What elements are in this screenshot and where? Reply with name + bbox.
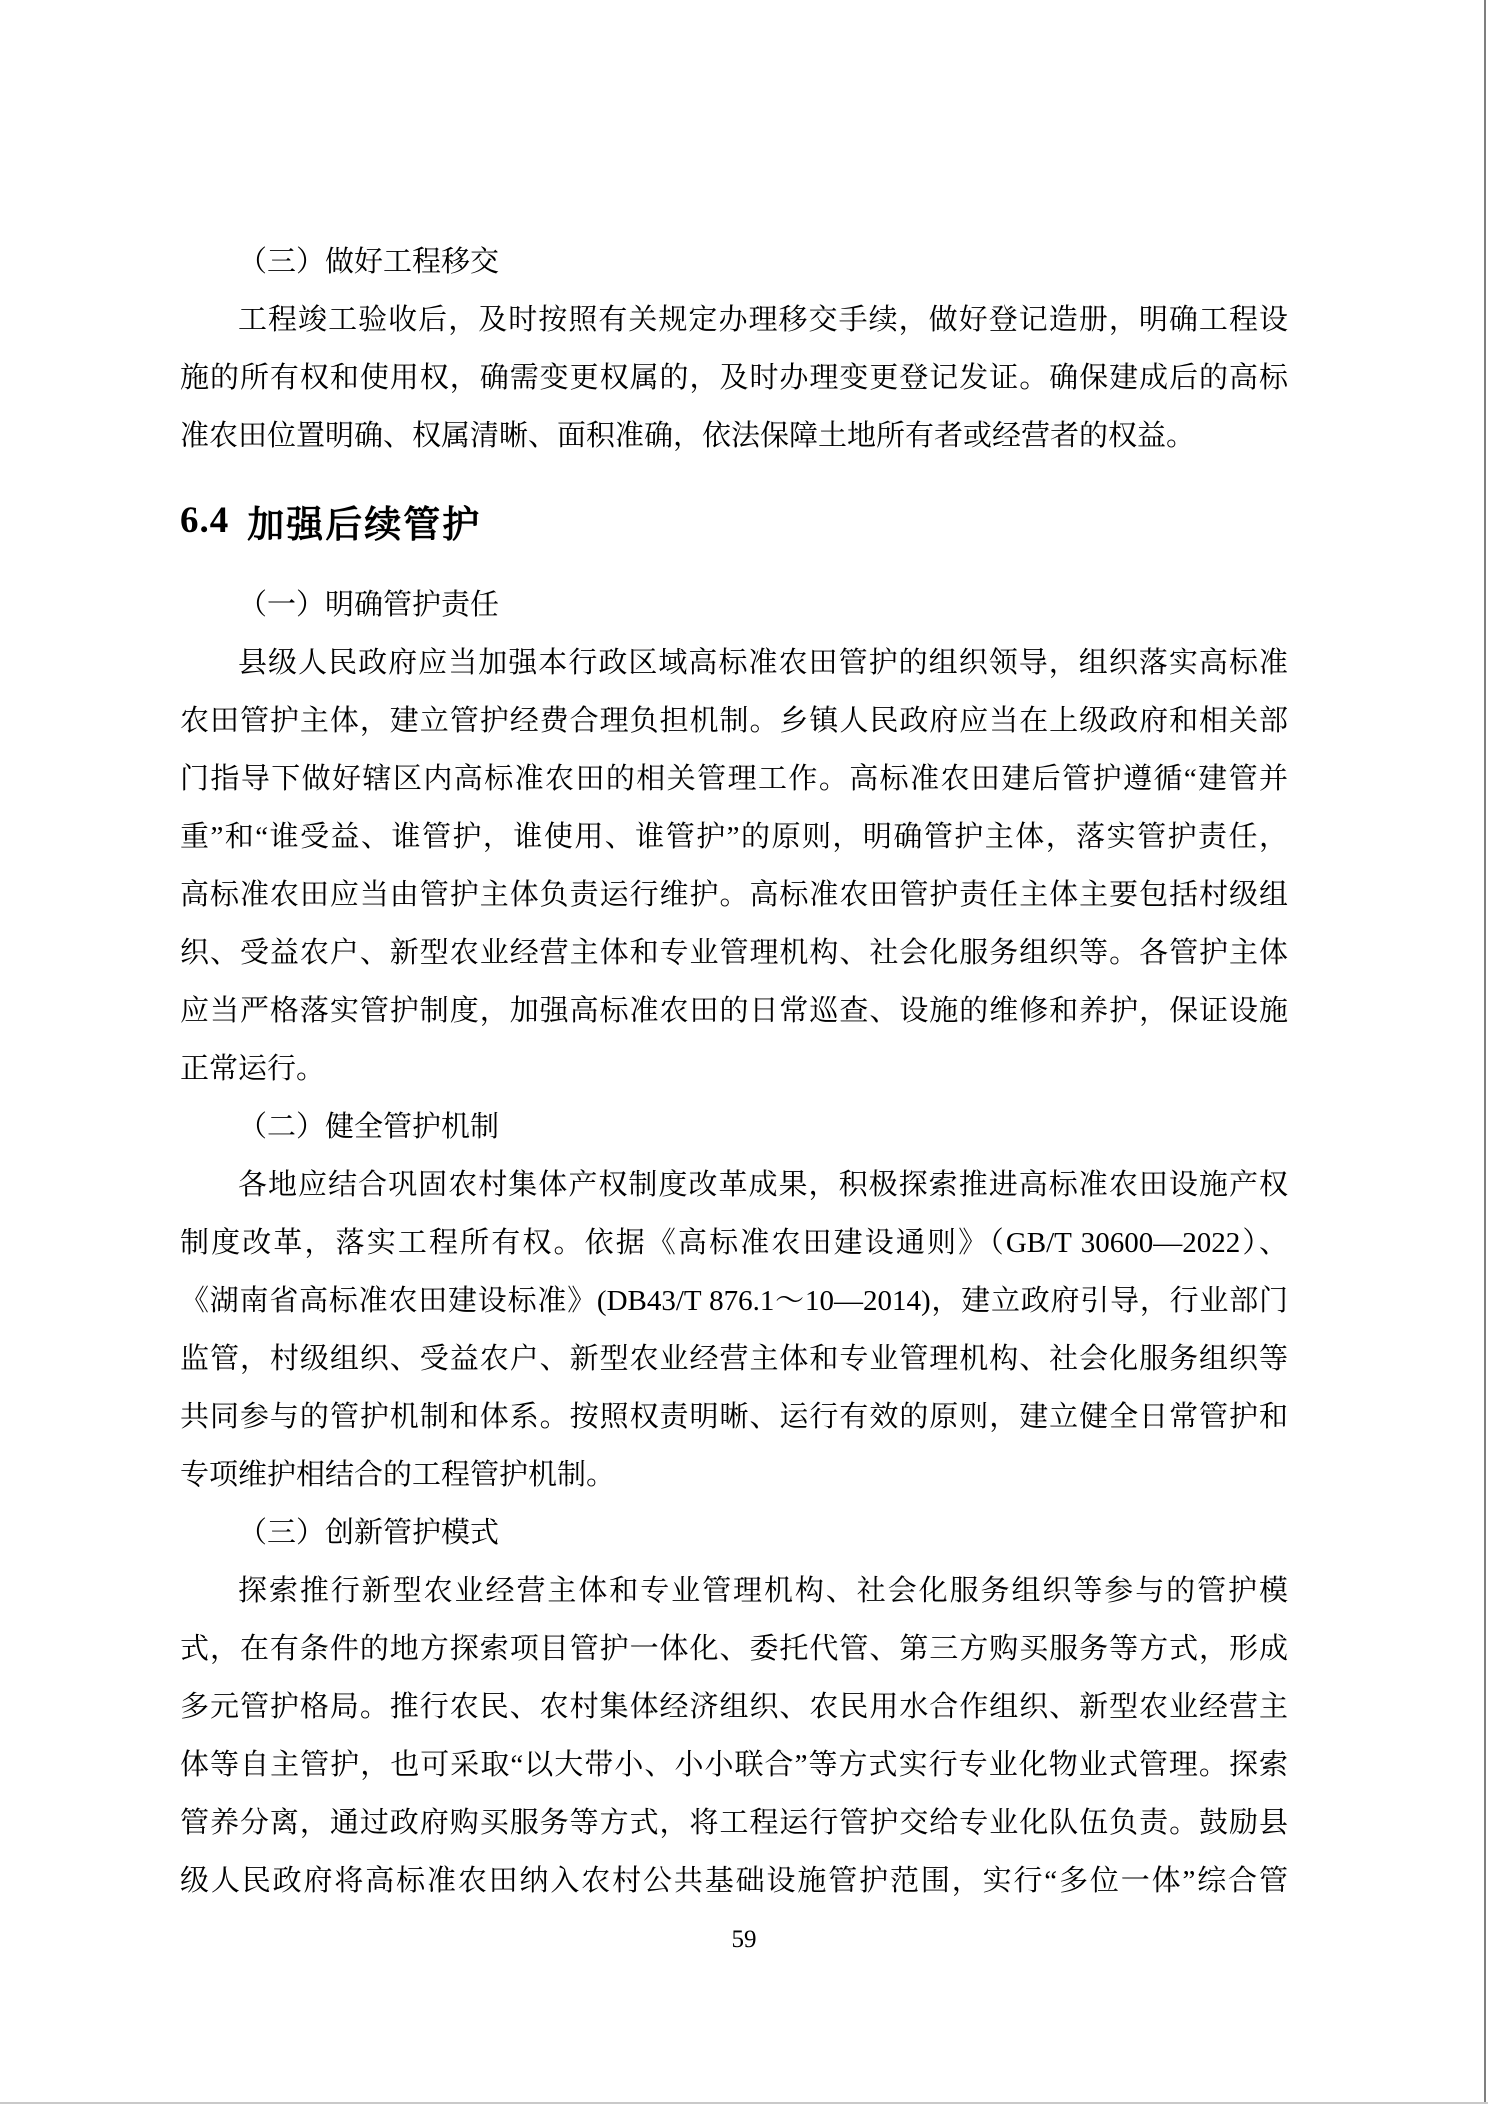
document-body: （三）做好工程移交 工程竣工验收后，及时按照有关规定办理移交手续，做好登记造册，… — [180, 233, 1288, 1910]
text-line: 准农田位置明确、权属清晰、面积准确，依法保障土地所有者或经营者的权益。 — [180, 407, 1288, 465]
text-line: 多元管护格局。推行农民、农村集体经济组织、农民用水合作组织、新型农业经营主 — [180, 1678, 1288, 1736]
text-line: 工程竣工验收后，及时按照有关规定办理移交手续，做好登记造册，明确工程设 — [180, 291, 1288, 349]
section-heading: 6.4 加强后续管护 — [180, 465, 1288, 576]
text-line: 重”和“谁受益、谁管护，谁使用、谁管护”的原则，明确管护主体，落实管护责任， — [180, 808, 1288, 866]
text-line: 县级人民政府应当加强本行政区域高标准农田管护的组织领导，组织落实高标准 — [180, 634, 1288, 692]
text-line: 制度改革，落实工程所有权。依据《高标准农田建设通则》（GB/T 30600—20… — [180, 1214, 1288, 1272]
text-line: 共同参与的管护机制和体系。按照权责明晰、运行有效的原则，建立健全日常管护和 — [180, 1388, 1288, 1446]
section-number: 6.4 — [180, 499, 229, 542]
text-line: 管养分离，通过政府购买服务等方式，将工程运行管护交给专业化队伍负责。鼓励县 — [180, 1794, 1288, 1852]
scan-edge-right-line — [1484, 0, 1486, 2104]
text-line: 门指导下做好辖区内高标准农田的相关管理工作。高标准农田建后管护遵循“建管并 — [180, 750, 1288, 808]
section-title: 加强后续管护 — [247, 494, 481, 548]
page-footer: 59 — [0, 1920, 1488, 1960]
page-number: 59 — [732, 1926, 757, 1953]
subsection-title: （二）健全管护机制 — [180, 1098, 1288, 1156]
subsection-title: （一）明确管护责任 — [180, 576, 1288, 634]
text-line: 施的所有权和使用权，确需变更权属的，及时办理变更登记发证。确保建成后的高标 — [180, 349, 1288, 407]
text-line: 正常运行。 — [180, 1040, 1288, 1098]
text-line: 专项维护相结合的工程管护机制。 — [180, 1446, 1288, 1504]
text-line: 农田管护主体，建立管护经费合理负担机制。乡镇人民政府应当在上级政府和相关部 — [180, 692, 1288, 750]
subsection-title: （三）做好工程移交 — [180, 233, 1288, 291]
text-line: 织、受益农户、新型农业经营主体和专业管理机构、社会化服务组织等。各管护主体 — [180, 924, 1288, 982]
text-line: 级人民政府将高标准农田纳入农村公共基础设施管护范围，实行“多位一体”综合管 — [180, 1852, 1288, 1910]
text-line: 监管，村级组织、受益农户、新型农业经营主体和专业管理机构、社会化服务组织等 — [180, 1330, 1288, 1388]
text-line: 《湖南省高标准农田建设标准》(DB43/T 876.1～10—2014)，建立政… — [180, 1272, 1288, 1330]
text-line: 各地应结合巩固农村集体产权制度改革成果，积极探索推进高标准农田设施产权 — [180, 1156, 1288, 1214]
text-line: 探索推行新型农业经营主体和专业管理机构、社会化服务组织等参与的管护模 — [180, 1562, 1288, 1620]
document-page: （三）做好工程移交 工程竣工验收后，及时按照有关规定办理移交手续，做好登记造册，… — [0, 0, 1488, 2104]
text-line: 体等自主管护，也可采取“以大带小、小小联合”等方式实行专业化物业式管理。探索 — [180, 1736, 1288, 1794]
text-line: 应当严格落实管护制度，加强高标准农田的日常巡查、设施的维修和养护，保证设施 — [180, 982, 1288, 1040]
text-line: 高标准农田应当由管护主体负责运行维护。高标准农田管护责任主体主要包括村级组 — [180, 866, 1288, 924]
subsection-title: （三）创新管护模式 — [180, 1504, 1288, 1562]
text-line: 式，在有条件的地方探索项目管护一体化、委托代管、第三方购买服务等方式，形成 — [180, 1620, 1288, 1678]
